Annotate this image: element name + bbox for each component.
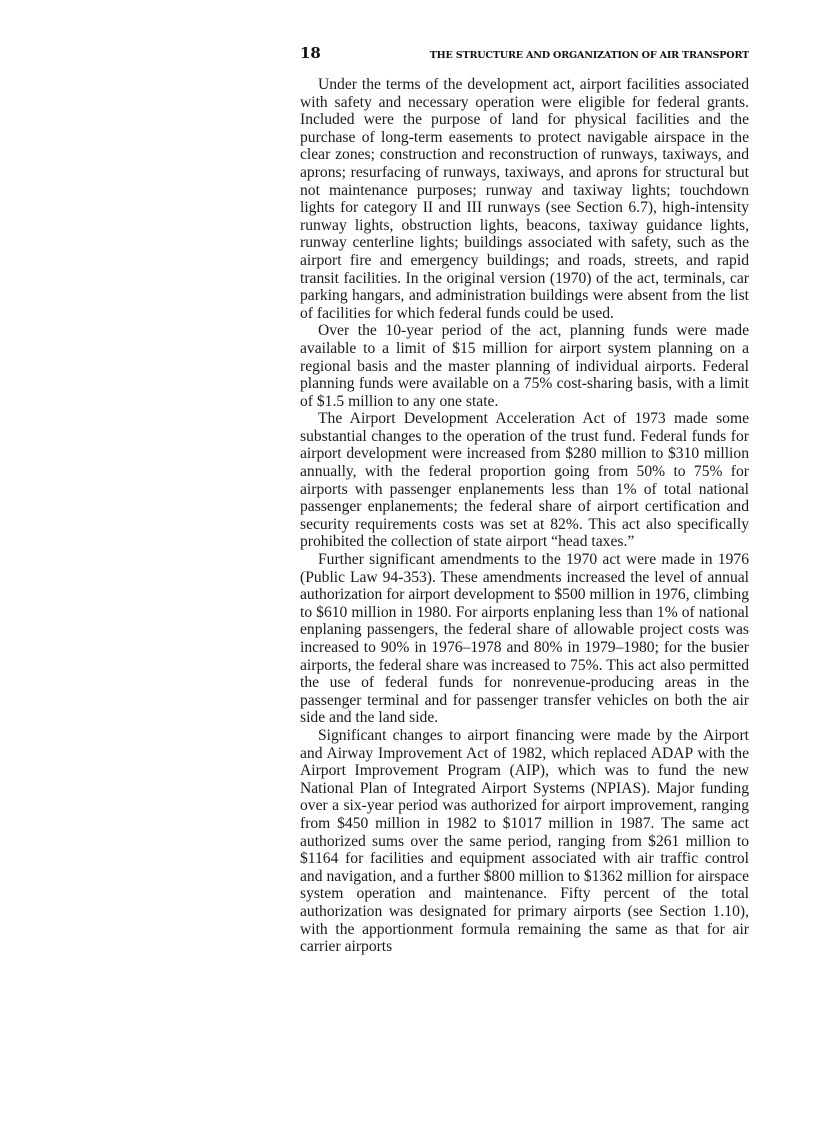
paragraph-improvement-act-1982: Significant changes to airport financing…: [300, 727, 749, 956]
book-page: 18 THE STRUCTURE AND ORGANIZATION OF AIR…: [300, 44, 749, 956]
paragraph-development-act-facilities: Under the terms of the development act, …: [300, 76, 749, 322]
running-head: 18 THE STRUCTURE AND ORGANIZATION OF AIR…: [300, 44, 749, 66]
paragraph-amendments-1976: Further significant amendments to the 19…: [300, 551, 749, 727]
running-title: THE STRUCTURE AND ORGANIZATION OF AIR TR…: [430, 50, 749, 61]
paragraph-planning-funds: Over the 10-year period of the act, plan…: [300, 322, 749, 410]
body-text: Under the terms of the development act, …: [300, 76, 749, 956]
page-number: 18: [300, 44, 321, 62]
paragraph-acceleration-act-1973: The Airport Development Acceleration Act…: [300, 410, 749, 551]
